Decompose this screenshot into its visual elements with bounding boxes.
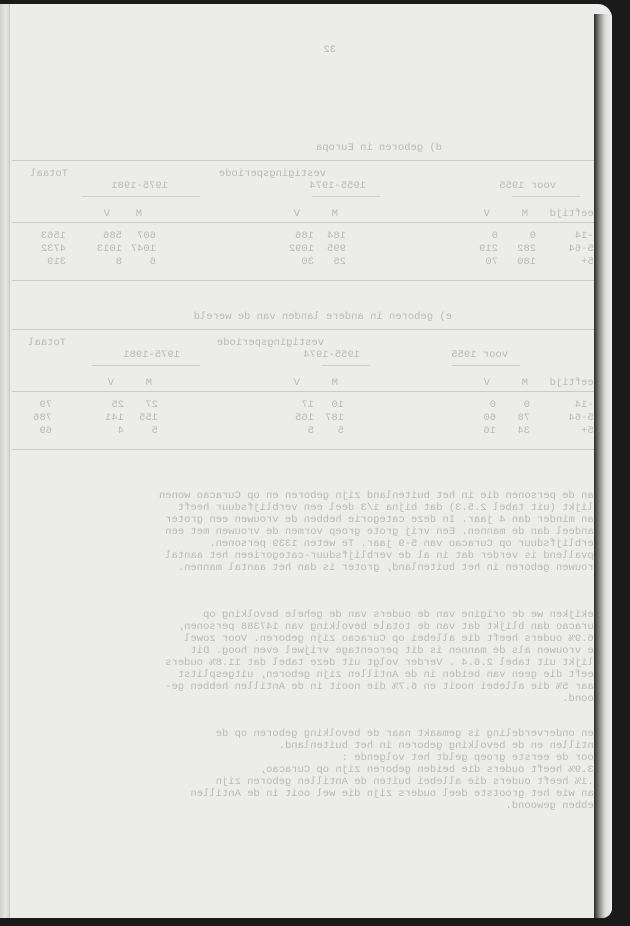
table-cell: 319 (47, 256, 66, 268)
table-cell: 10 (331, 399, 344, 411)
table-cell: 155 (139, 412, 158, 424)
table-cell: 27 (145, 399, 158, 411)
table-cell: 70 (485, 256, 498, 268)
mirrored-content: 32 d) geboren in Europa vestigingsperiod… (0, 4, 612, 918)
text-line: aandeel dan de mannen. Een vrij grote gr… (20, 526, 600, 538)
table-cell: 1047 (131, 243, 156, 255)
table-cell: 4732 (41, 243, 66, 255)
text-line: woond. (20, 693, 600, 705)
table-cell: 180 (517, 256, 536, 268)
table-cell: 4 (118, 425, 124, 437)
text-line: blijkt (uit tabel 2.5.3) dat bijna 1/3 d… (20, 502, 600, 514)
table2-period-3: 1975-1981 (123, 349, 180, 361)
text-line: 73.9% heeft ouders die beiden geboren zi… (20, 764, 600, 776)
table-cell: 0 (492, 230, 498, 242)
text-line: Voor de eerste groep geldt het volgende … (20, 752, 600, 764)
table-cell: 1563 (41, 230, 66, 242)
table-cell: 165 (295, 412, 314, 424)
text-line: heeft die geen van beiden in de Antillen… (20, 669, 600, 681)
table-cell: 16 (483, 425, 496, 437)
text-line: vrouwen geboren in het buitenland, grote… (20, 562, 600, 574)
text-line: Van de personen die in het buitenland zi… (20, 490, 600, 502)
text-line: Opvallend is verder dat in al de verblij… (20, 550, 600, 562)
table-cell: 995 (327, 243, 346, 255)
text-line: blijkt uit tabel 2.6.4 . Verder volgt ui… (20, 657, 600, 669)
page-number: 32 (323, 44, 336, 56)
table-cell: 5 (308, 425, 314, 437)
text-line: Antillen en de bevolking geboren in het … (20, 740, 600, 752)
table2-group-header: vestigingsperiode (217, 337, 324, 349)
text-line: de vrouwen als de mannen is dit percenta… (20, 645, 600, 657)
table1-period-1: voor 1955 (499, 180, 556, 192)
table-cell: 186 (295, 230, 314, 242)
table-cell: 0 (490, 399, 496, 411)
paragraph-3: Een onderverdeling is gemaakt naar de be… (20, 728, 600, 812)
table-cell: 25 (111, 399, 124, 411)
table-cell: 184 (327, 230, 346, 242)
book-spine (594, 14, 612, 918)
table2-period-2: 1955-1974 (303, 349, 360, 361)
paragraph-1: Van de personen die in het buitenland zi… (20, 490, 600, 574)
table1-period-2: 1955-1974 (309, 180, 366, 192)
table-cell: 60 (483, 412, 496, 424)
table-cell: 1013 (97, 243, 122, 255)
text-line: 66.9% ouders heeft die allebei op Curaca… (20, 633, 600, 645)
divider (12, 160, 600, 161)
table-cell: 78 (517, 412, 530, 424)
table-cell: 5 (338, 425, 344, 437)
text-line: Bekijken we de origine van de ouders van… (20, 609, 600, 621)
table-cell: 786 (33, 412, 52, 424)
table1-period-3: 1975-1981 (111, 180, 168, 192)
table-cell: 282 (517, 243, 536, 255)
table-cell: 30 (301, 256, 314, 268)
paragraph-2: Bekijken we de origine van de ouders van… (20, 609, 600, 705)
table-cell: 34 (517, 425, 530, 437)
table-cell: 141 (105, 412, 124, 424)
table-cell: 0 (524, 399, 530, 411)
table-cell: 586 (103, 230, 122, 242)
table-cell: 607 (137, 230, 156, 242)
table2-caption: e) geboren in andere landen van de werel… (194, 311, 452, 323)
table-cell: 8 (116, 256, 122, 268)
table-cell: 0 (530, 230, 536, 242)
text-line: hebben gewoond. (20, 800, 600, 812)
table-cell: 25 (333, 256, 346, 268)
table2-total-header: Totaal (28, 337, 66, 349)
text-line: van minder dan 4 jaar. In deze categorie… (20, 514, 600, 526)
table2-period-1: voor 1955 (451, 349, 508, 361)
table-cell: 69 (39, 425, 52, 437)
text-line: Curacao dan blijkt dat van de totale bev… (20, 621, 600, 633)
col-leeftijd: leeftijd (550, 208, 600, 220)
text-line: van wie het grootste deel ouders zijn di… (20, 788, 600, 800)
text-line: verblijfsduur op Curacao van 5-9 jaar. T… (20, 538, 600, 550)
table-cell: 6 (150, 256, 156, 268)
table-cell: 187 (325, 412, 344, 424)
table-cell: 17 (301, 399, 314, 411)
table-cell: 1092 (289, 243, 314, 255)
text-line: 3.1% heeft ouders die allebei buiten de … (20, 776, 600, 788)
table1-caption: d) geboren in Europa (316, 142, 442, 154)
table-cell: 79 (39, 399, 52, 411)
table-cell: 219 (479, 243, 498, 255)
table-cell: 5 (152, 425, 158, 437)
table1-total-header: Totaal (30, 168, 68, 180)
text-line: naar 5% die allebei nooit en 6.7% die no… (20, 681, 600, 693)
document-page: 32 d) geboren in Europa vestigingsperiod… (0, 4, 612, 918)
text-line: Een onderverdeling is gemaakt naar de be… (20, 728, 600, 740)
table1-group-header: vestigingsperiode (219, 168, 326, 180)
